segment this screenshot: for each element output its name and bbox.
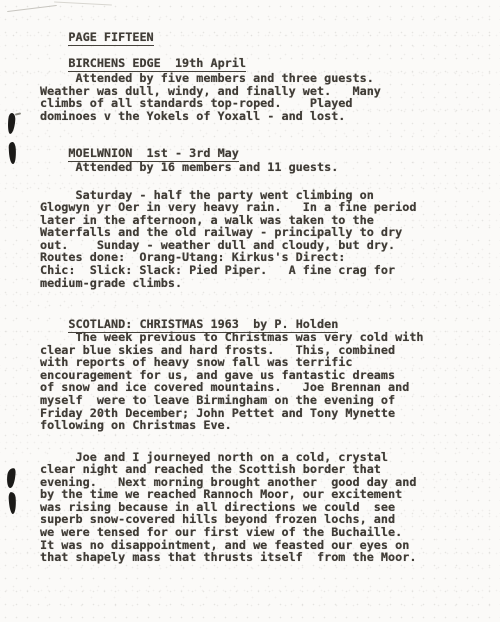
- paragraph: Attended by five members and three guest…: [40, 72, 480, 122]
- ink-blot: [8, 142, 16, 164]
- text-line: Chic: Slick: Slack: Pied Piper. A fine c…: [40, 264, 480, 277]
- scratch-mark: [7, 5, 57, 12]
- text-line: by the time we reached Rannoch Moor, our…: [40, 488, 480, 501]
- text-line: we were tensed for our first view of the…: [40, 526, 480, 539]
- text-line: climbs of all standards top-roped. Playe…: [40, 97, 480, 110]
- paragraph: Joe and I journeyed north on a cold, cry…: [40, 451, 480, 564]
- paragraph: Saturday - half the party went climbing …: [40, 189, 480, 290]
- text-line: myself were to leave Birmingham on the e…: [40, 394, 480, 407]
- text-line: Glogwyn yr Oer in very heavy rain. In a …: [40, 201, 480, 214]
- text-line: medium-grade climbs.: [40, 277, 480, 290]
- text-line: Attended by five members and three guest…: [40, 72, 480, 85]
- paragraph: Attended by 16 members and 11 guests.: [40, 161, 480, 174]
- scanned-document-page: PAGE FIFTEEN BIRCHENS EDGE 19th April At…: [0, 0, 500, 622]
- text-line: dominoes v the Yokels of Yoxall - and lo…: [40, 110, 480, 123]
- text-line: with reports of heavy snow fall was terr…: [40, 356, 480, 369]
- text-line: Waterfalls and the old railway - princip…: [40, 226, 480, 239]
- text-line: The week previous to Christmas was very …: [40, 331, 480, 344]
- ink-blot: [6, 468, 16, 489]
- scratch-mark: [54, 1, 112, 5]
- ink-blot: [8, 492, 17, 514]
- text-line: that shapely mass that thrusts itself fr…: [40, 551, 480, 564]
- section-heading-text: BIRCHENS EDGE 19th April: [68, 57, 246, 72]
- text-line: clear night and reached the Scottish bor…: [40, 463, 480, 476]
- paragraph: The week previous to Christmas was very …: [40, 331, 480, 432]
- ink-blot: [7, 113, 15, 134]
- page-title-text: PAGE FIFTEEN: [68, 31, 153, 46]
- ink-smudge: [15, 112, 21, 115]
- text-line: Attended by 16 members and 11 guests.: [40, 161, 480, 174]
- text-line: following on Christmas Eve.: [40, 419, 480, 432]
